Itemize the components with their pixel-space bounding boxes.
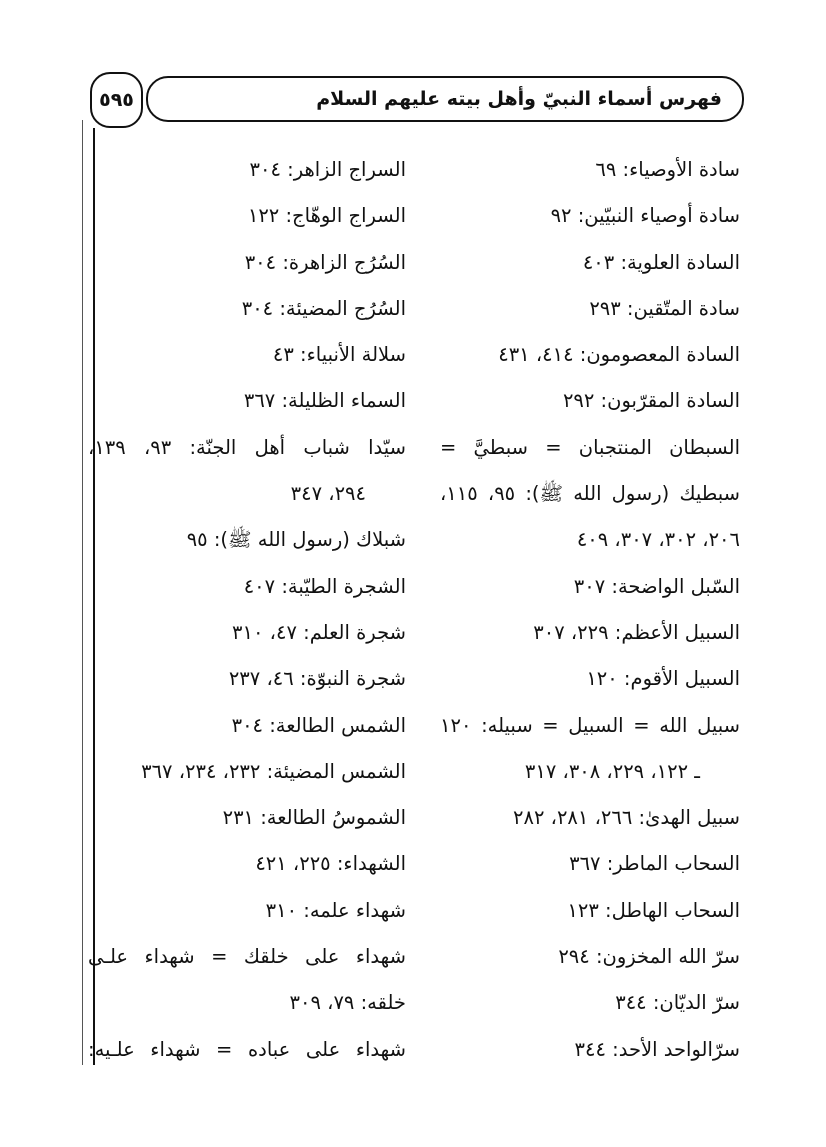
index-entry: سرّ الله المخزون: ٢٩٤ — [440, 934, 740, 980]
index-entry: سرّالواحد الأحد: ٣٤٤ — [440, 1027, 740, 1073]
index-entry: السادة المعصومون: ٤١٤، ٤٣١ — [440, 332, 740, 378]
index-entry: سبيل الهدىٰ: ٢٦٦، ٢٨١، ٢٨٢ — [440, 795, 740, 841]
index-entry: السّبل الواضحة: ٣٠٧ — [440, 564, 740, 610]
index-entry: السبطان المنتجبان = سبطيَّ = — [440, 425, 740, 471]
index-entry: الشجرة الطيّبة: ٤٠٧ — [88, 564, 406, 610]
index-entry: الشهداء: ٢٢٥، ٤٢١ — [88, 841, 406, 887]
index-entry-continued: ٢٠٦، ٣٠٢، ٣٠٧، ٤٠٩ — [440, 517, 740, 563]
index-entry: سادة الأوصياء: ٦٩ — [440, 147, 740, 193]
index-entry: شهداء على عباده = شهداء علـيه: — [88, 1027, 406, 1073]
index-entry: السحاب الماطر: ٣٦٧ — [440, 841, 740, 887]
index-entry: السادة العلوية: ٤٠٣ — [440, 240, 740, 286]
index-entry: الشمس الطالعة: ٣٠٤ — [88, 703, 406, 749]
index-entry: سادة أوصياء النبيّين: ٩٢ — [440, 193, 740, 239]
index-entry: سلالة الأنبياء: ٤٣ — [88, 332, 406, 378]
page-number-badge: ٥٩٥ — [90, 72, 143, 128]
index-entry: شجرة العلم: ٤٧، ٣١٠ — [88, 610, 406, 656]
index-entry: سيّدا شباب أهل الجنّة: ٩٣، ١٣٩، — [88, 425, 406, 471]
index-column-left: السراج الزاهر: ٣٠٤ السراج الوهّاج: ١٢٢ ا… — [88, 147, 406, 1073]
index-entry: السراج الوهّاج: ١٢٢ — [88, 193, 406, 239]
running-header: فهرس أسماء النبيّ وأهل بيته عليهم السلام — [146, 76, 744, 122]
index-entry: سادة المتّقين: ٢٩٣ — [440, 286, 740, 332]
margin-rule-thin — [82, 120, 83, 1065]
index-entry: السادة المقرّبون: ٢٩٢ — [440, 378, 740, 424]
index-entry: السبيل الأقوم: ١٢٠ — [440, 656, 740, 702]
index-entry: السُرُج المضيئة: ٣٠٤ — [88, 286, 406, 332]
index-entry-continued: ـ ١٢٢، ٢٢٩، ٣٠٨، ٣١٧ — [440, 749, 740, 795]
index-entry: السحاب الهاطل: ١٢٣ — [440, 888, 740, 934]
index-entry: شجرة النبوّة: ٤٦، ٢٣٧ — [88, 656, 406, 702]
index-entry: شبلاك (رسول الله ﷺ): ٩٥ — [88, 517, 406, 563]
index-entry: سبيل الله = السبيل = سبيله: ١٢٠ — [440, 703, 740, 749]
index-entry-continued: خلقه: ٧٩، ٣٠٩ — [88, 980, 406, 1026]
index-entry: الشمس المضيئة: ٢٣٢، ٢٣٤، ٣٦٧ — [88, 749, 406, 795]
index-entry: شهداء علمه: ٣١٠ — [88, 888, 406, 934]
index-entry: السراج الزاهر: ٣٠٤ — [88, 147, 406, 193]
index-entry: السماء الظليلة: ٣٦٧ — [88, 378, 406, 424]
index-column-right: سادة الأوصياء: ٦٩ سادة أوصياء النبيّين: … — [440, 147, 740, 1073]
index-entry: سرّ الديّان: ٣٤٤ — [440, 980, 740, 1026]
index-entry-continued: ٢٩٤، ٣٤٧ — [88, 471, 406, 517]
header-title: فهرس أسماء النبيّ وأهل بيته عليهم السلام — [316, 90, 722, 109]
index-entry: السُرُج الزاهرة: ٣٠٤ — [88, 240, 406, 286]
index-entry: الشموسُ الطالعة: ٢٣١ — [88, 795, 406, 841]
index-entry-continued: سبطيك (رسول الله ﷺ): ٩٥، ١١٥، — [440, 471, 740, 517]
book-page: فهرس أسماء النبيّ وأهل بيته عليهم السلام… — [0, 0, 826, 1147]
index-entry: شهداء على خلقك = شهداء علـى — [88, 934, 406, 980]
index-entry: السبيل الأعظم: ٢٢٩، ٣٠٧ — [440, 610, 740, 656]
